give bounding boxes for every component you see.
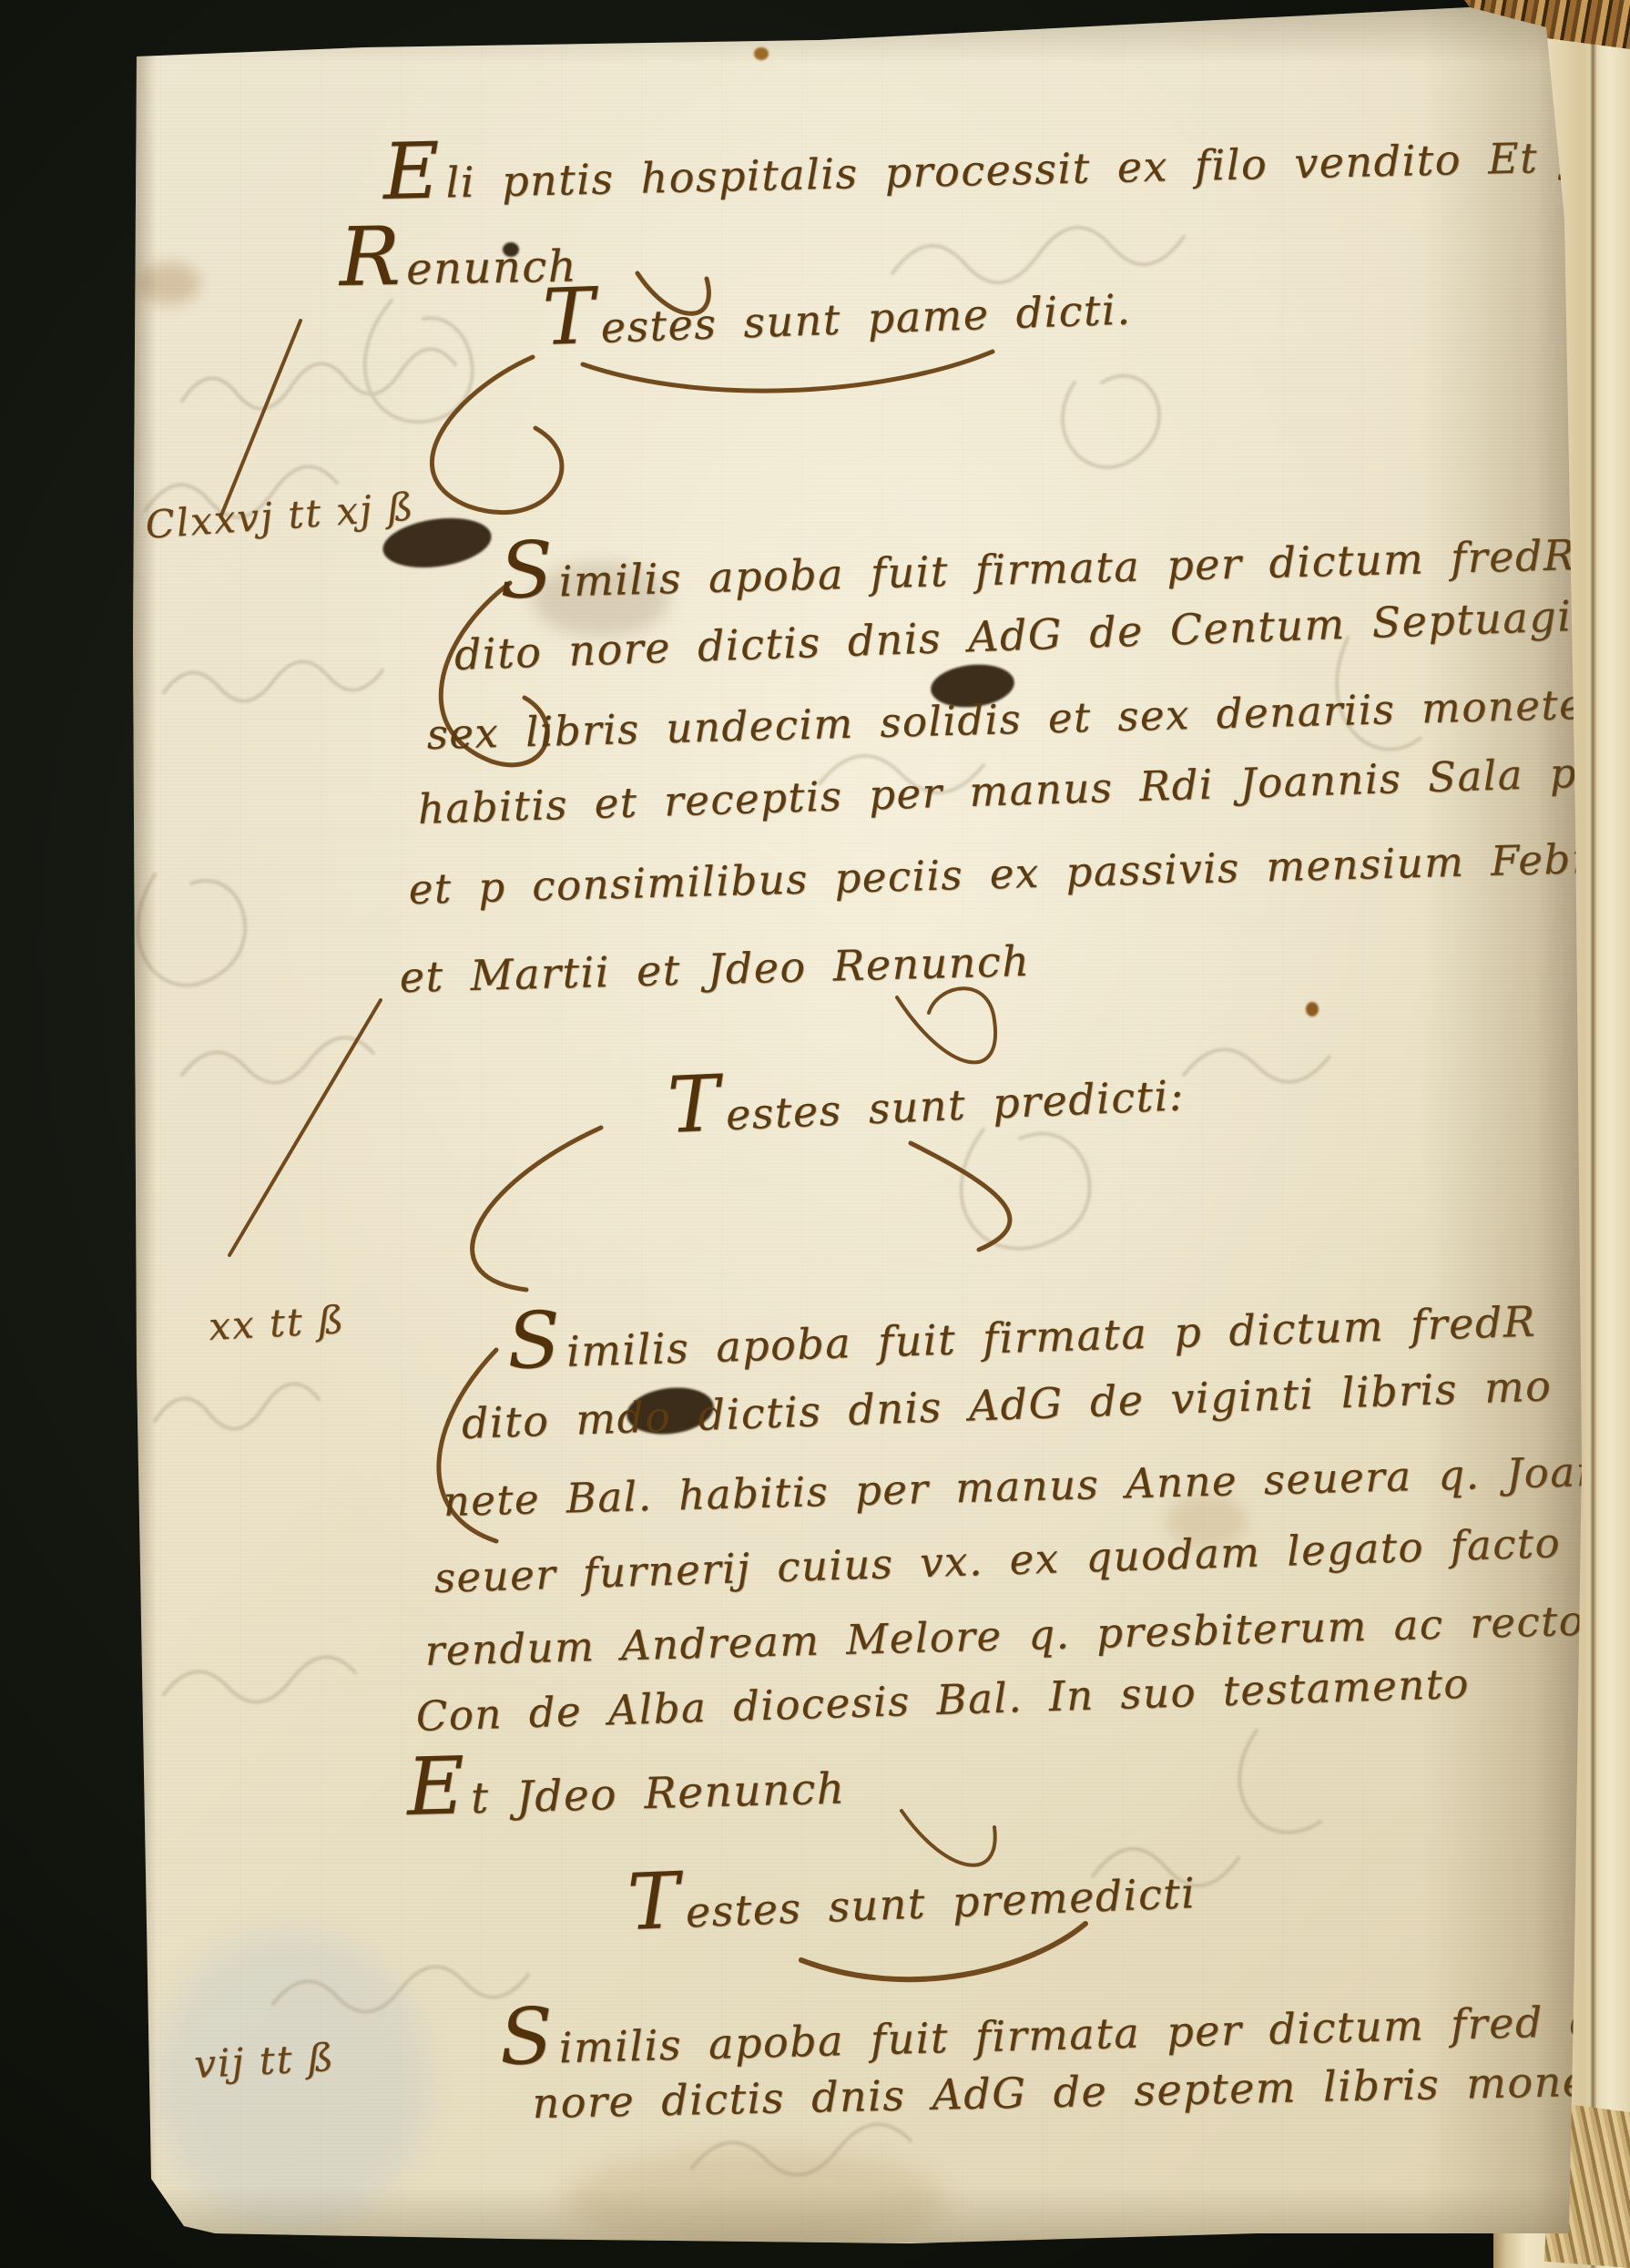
manuscript-line: seuer furnerij cuius vx. ex quodam legat… — [433, 1513, 1630, 1602]
attestation-line: Testes sunt predicti: — [667, 1057, 1186, 1142]
page-edge-shadow — [137, 2186, 1584, 2242]
manuscript-line: et p consimilibus peciis ex passivis men… — [408, 832, 1630, 914]
page-curve-shadow — [1421, 0, 1584, 2268]
manuscript-photo: Eli pntis hospitalis processit ex filo v… — [0, 0, 1630, 2268]
manuscript-line: Et Jdeo Renunch — [406, 1748, 846, 1825]
margin-amount-note: xx tt ß — [208, 1297, 346, 1349]
margin-amount-note: vij tt ß — [193, 2035, 336, 2087]
stain — [137, 262, 200, 304]
stain — [565, 2150, 947, 2250]
manuscript-page: Eli pntis hospitalis processit ex filo v… — [0, 0, 1630, 2268]
page-edge-shadow — [133, 0, 157, 2268]
page-edge-shadow — [127, 0, 1566, 64]
manuscript-line: Eli pntis hospitalis processit ex filo v… — [382, 117, 1630, 209]
manuscript-line: nete Bal. habitis per manus Anne seuera … — [443, 1446, 1630, 1526]
manuscript-line: habitis et receptis per manus Rdi Joanni… — [417, 742, 1630, 833]
attestation-line: Testes sunt premedicti — [627, 1854, 1197, 1939]
stain — [754, 47, 769, 60]
attestation-line: Testes sunt pame dicti. — [542, 271, 1132, 354]
stain — [1306, 1002, 1319, 1017]
manuscript-line: Similis apoba fuit firmata per dictum fr… — [499, 516, 1577, 608]
manuscript-line: Con de Alba diocesis Bal. In suo testame… — [415, 1660, 1471, 1741]
margin-amount-note: Clxxvj tt xj ß — [144, 484, 416, 547]
manuscript-line: Similis apoba fuit firmata p dictum fred… — [506, 1283, 1537, 1378]
manuscript-line: et Martii et Jdeo Renunch — [399, 936, 1031, 1002]
manuscript-line: sex libris undecim solidis et sex denari… — [426, 677, 1630, 759]
